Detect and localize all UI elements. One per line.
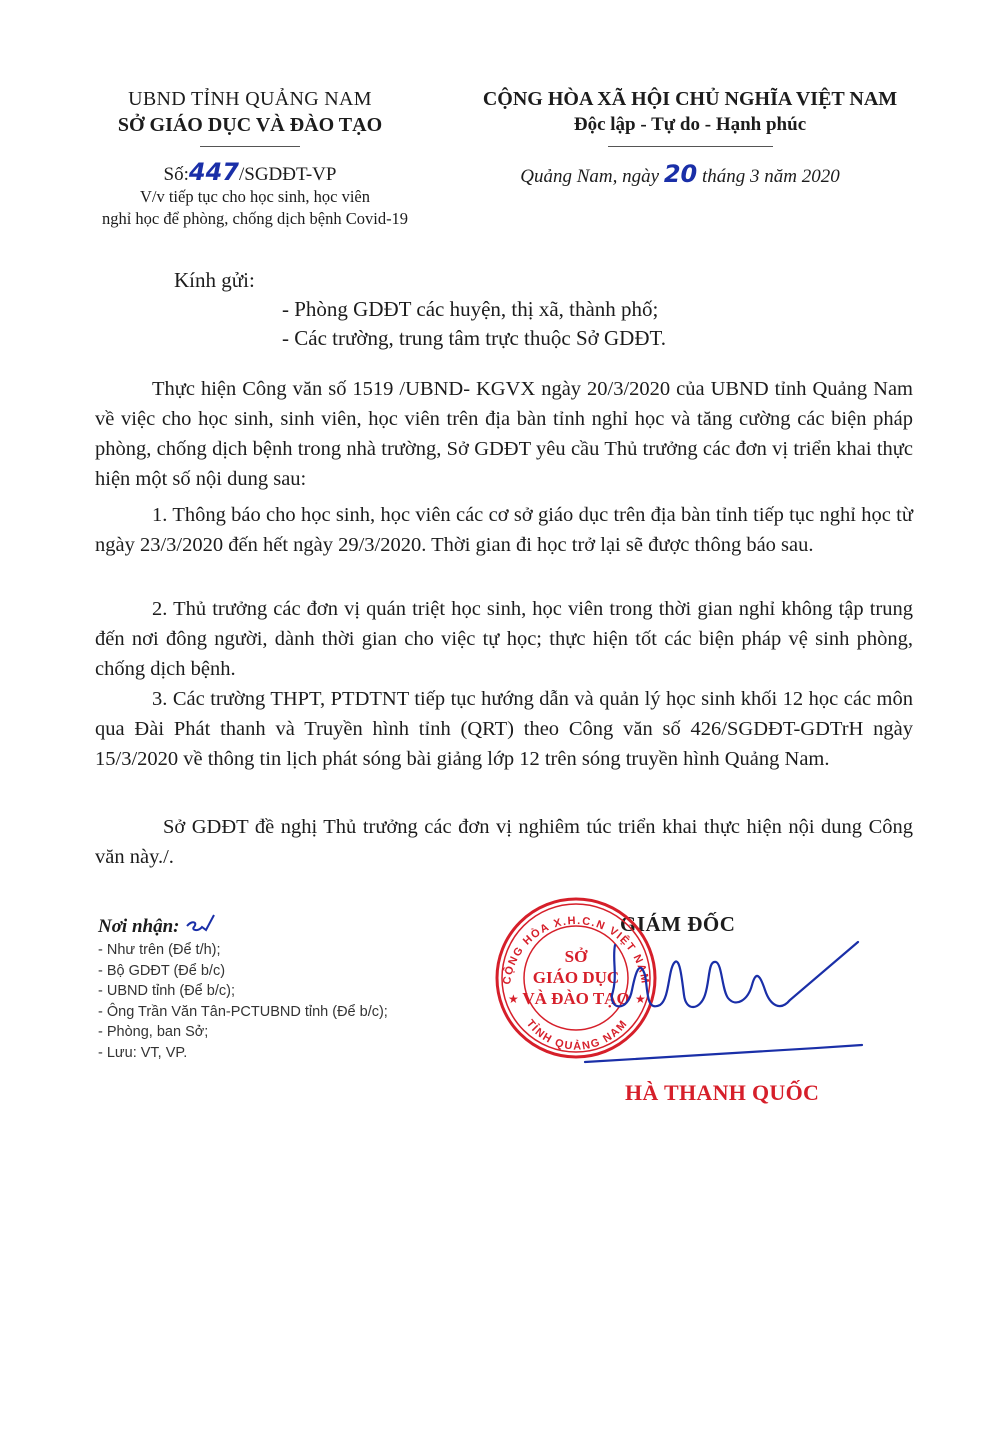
svg-text:★: ★ bbox=[508, 992, 519, 1006]
svg-text:★: ★ bbox=[635, 992, 646, 1006]
official-stamp-icon: CỘNG HÒA X.H.C.N VIỆT NAM TỈNH QUẢNG NAM… bbox=[497, 899, 655, 1057]
stamp-line-2: GIÁO DỤC bbox=[533, 968, 619, 987]
stamp-line-1: SỞ bbox=[565, 947, 588, 966]
stamp-and-signature: CỘNG HÒA X.H.C.N VIỆT NAM TỈNH QUẢNG NAM… bbox=[0, 0, 1000, 1440]
handwritten-signature-icon bbox=[585, 942, 862, 1062]
signer-name: HÀ THANH QUỐC bbox=[625, 1080, 819, 1106]
